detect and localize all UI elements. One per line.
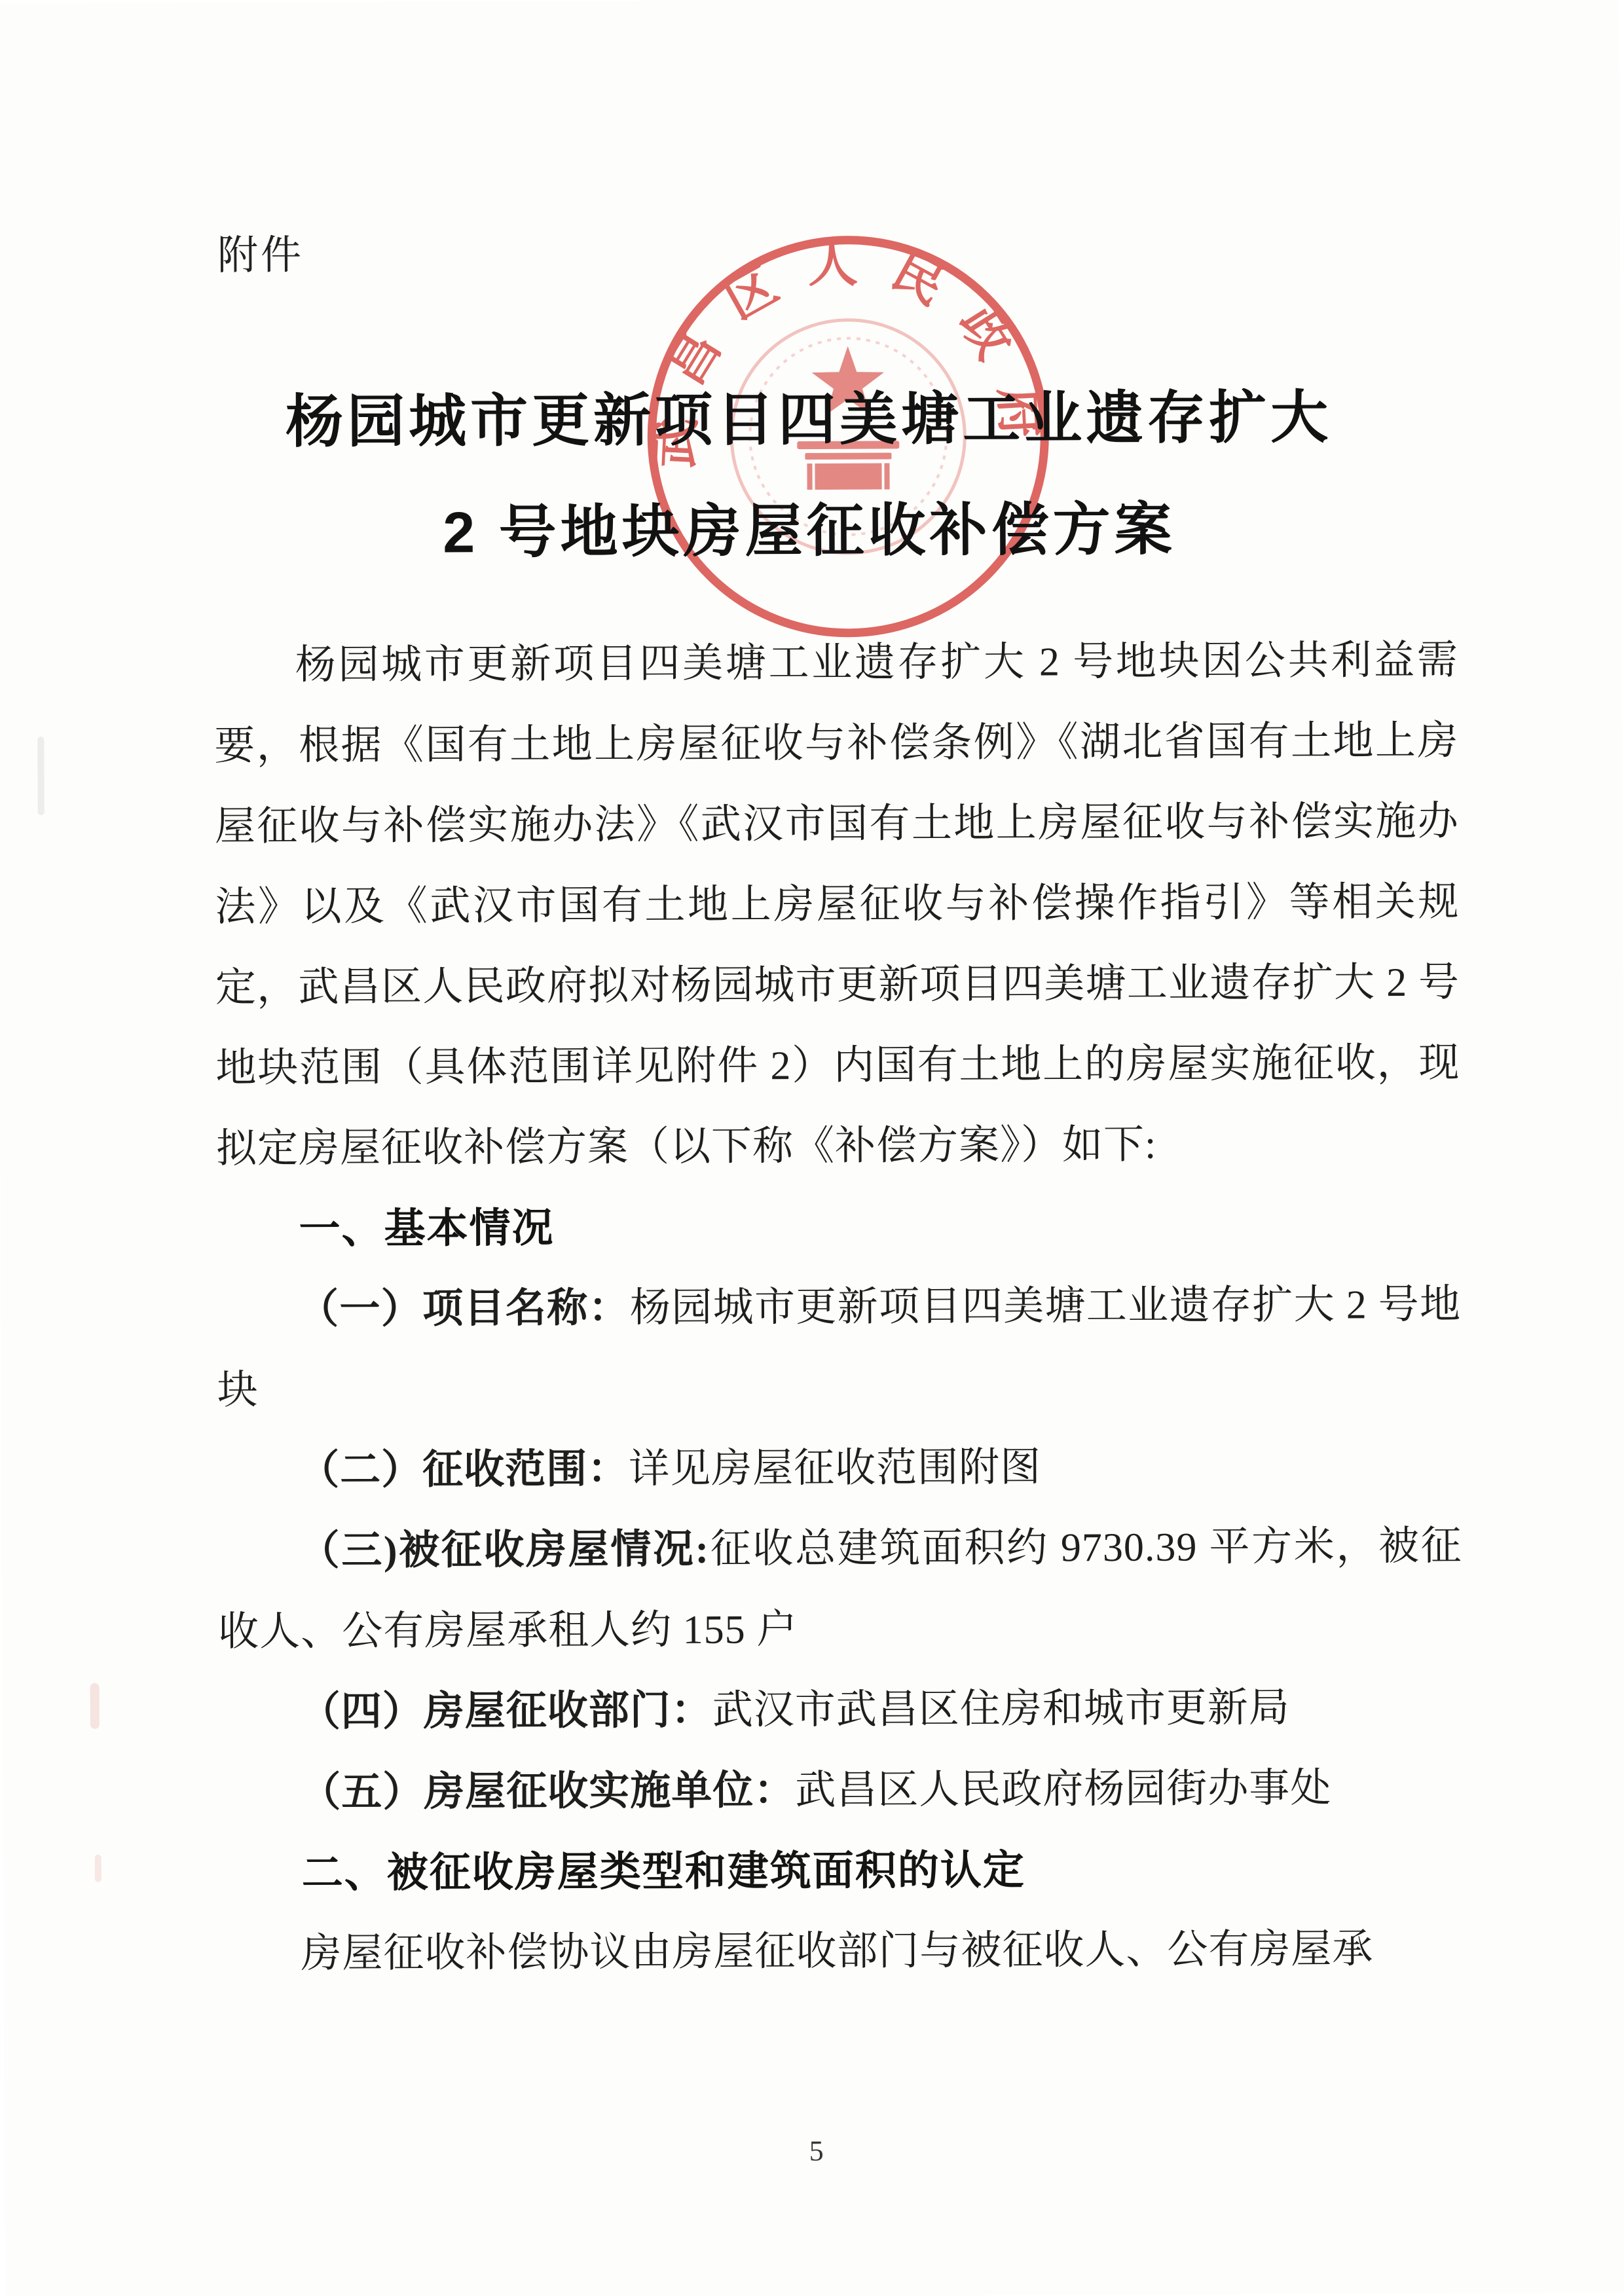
- document-title-line-1: 杨园城市更新项目四美塘工业遗存扩大: [0, 361, 1621, 479]
- item-housing-situation-label: （三)被征收房屋情况:: [299, 1527, 710, 1574]
- scan-smudge: [95, 1855, 101, 1882]
- item-implementation-unit-label: （五）房屋征收实施单位：: [300, 1768, 795, 1815]
- document-title: 杨园城市更新项目四美塘工业遗存扩大 2 号地块房屋征收补偿方案: [0, 361, 1621, 591]
- item-housing-situation: （三)被征收房屋情况:征收总建筑面积约 9730.39 平方米，被征收人、公有房…: [217, 1506, 1462, 1673]
- item-expropriation-scope-label: （二）征收范围：: [299, 1447, 629, 1493]
- closing-paragraph: 房屋征收补偿协议由房屋征收部门与被征收人、公有房屋承: [219, 1909, 1464, 1995]
- item-expropriation-department-label: （四）房屋征收部门：: [300, 1688, 712, 1735]
- item-project-name-label: （一）项目名称：: [298, 1286, 630, 1332]
- attachment-label: 附件: [217, 222, 304, 281]
- item-expropriation-department: （四）房屋征收部门：武汉市武昌区住房和城市更新局: [218, 1667, 1463, 1753]
- section-2-heading: 二、被征收房屋类型和建筑面积的认定: [219, 1829, 1464, 1914]
- item-expropriation-department-value: 武汉市武昌区住房和城市更新局: [712, 1686, 1290, 1733]
- item-expropriation-scope-value: 详见房屋征收范围附图: [629, 1445, 1041, 1491]
- item-implementation-unit: （五）房屋征收实施单位：武昌区人民政府杨园街办事处: [219, 1748, 1464, 1834]
- document-title-line-2: 2 号地块房屋征收补偿方案: [0, 472, 1621, 591]
- document-page: 附件 武昌区人民政府 杨园城市更新项目四美塘工业遗存扩大 2 号地块房屋征: [0, 0, 1624, 2296]
- section-1-heading: 一、基本情况: [216, 1184, 1461, 1270]
- item-expropriation-scope: （二）征收范围：详见房屋征收范围附图: [217, 1426, 1462, 1512]
- item-implementation-unit-value: 武昌区人民政府杨园街办事处: [795, 1766, 1331, 1813]
- page-number: 5: [5, 2131, 1624, 2172]
- item-project-name: （一）项目名称：杨园城市更新项目四美塘工业遗存扩大 2 号地块: [217, 1265, 1462, 1431]
- scan-smudge: [90, 1683, 100, 1729]
- document-body: 杨园城市更新项目四美塘工业遗存扩大 2 号地块因公共利益需要，根据《国有土地上房…: [214, 621, 1464, 1995]
- intro-paragraph: 杨园城市更新项目四美塘工业遗存扩大 2 号地块因公共利益需要，根据《国有土地上房…: [214, 621, 1461, 1190]
- scan-smudge: [37, 737, 45, 815]
